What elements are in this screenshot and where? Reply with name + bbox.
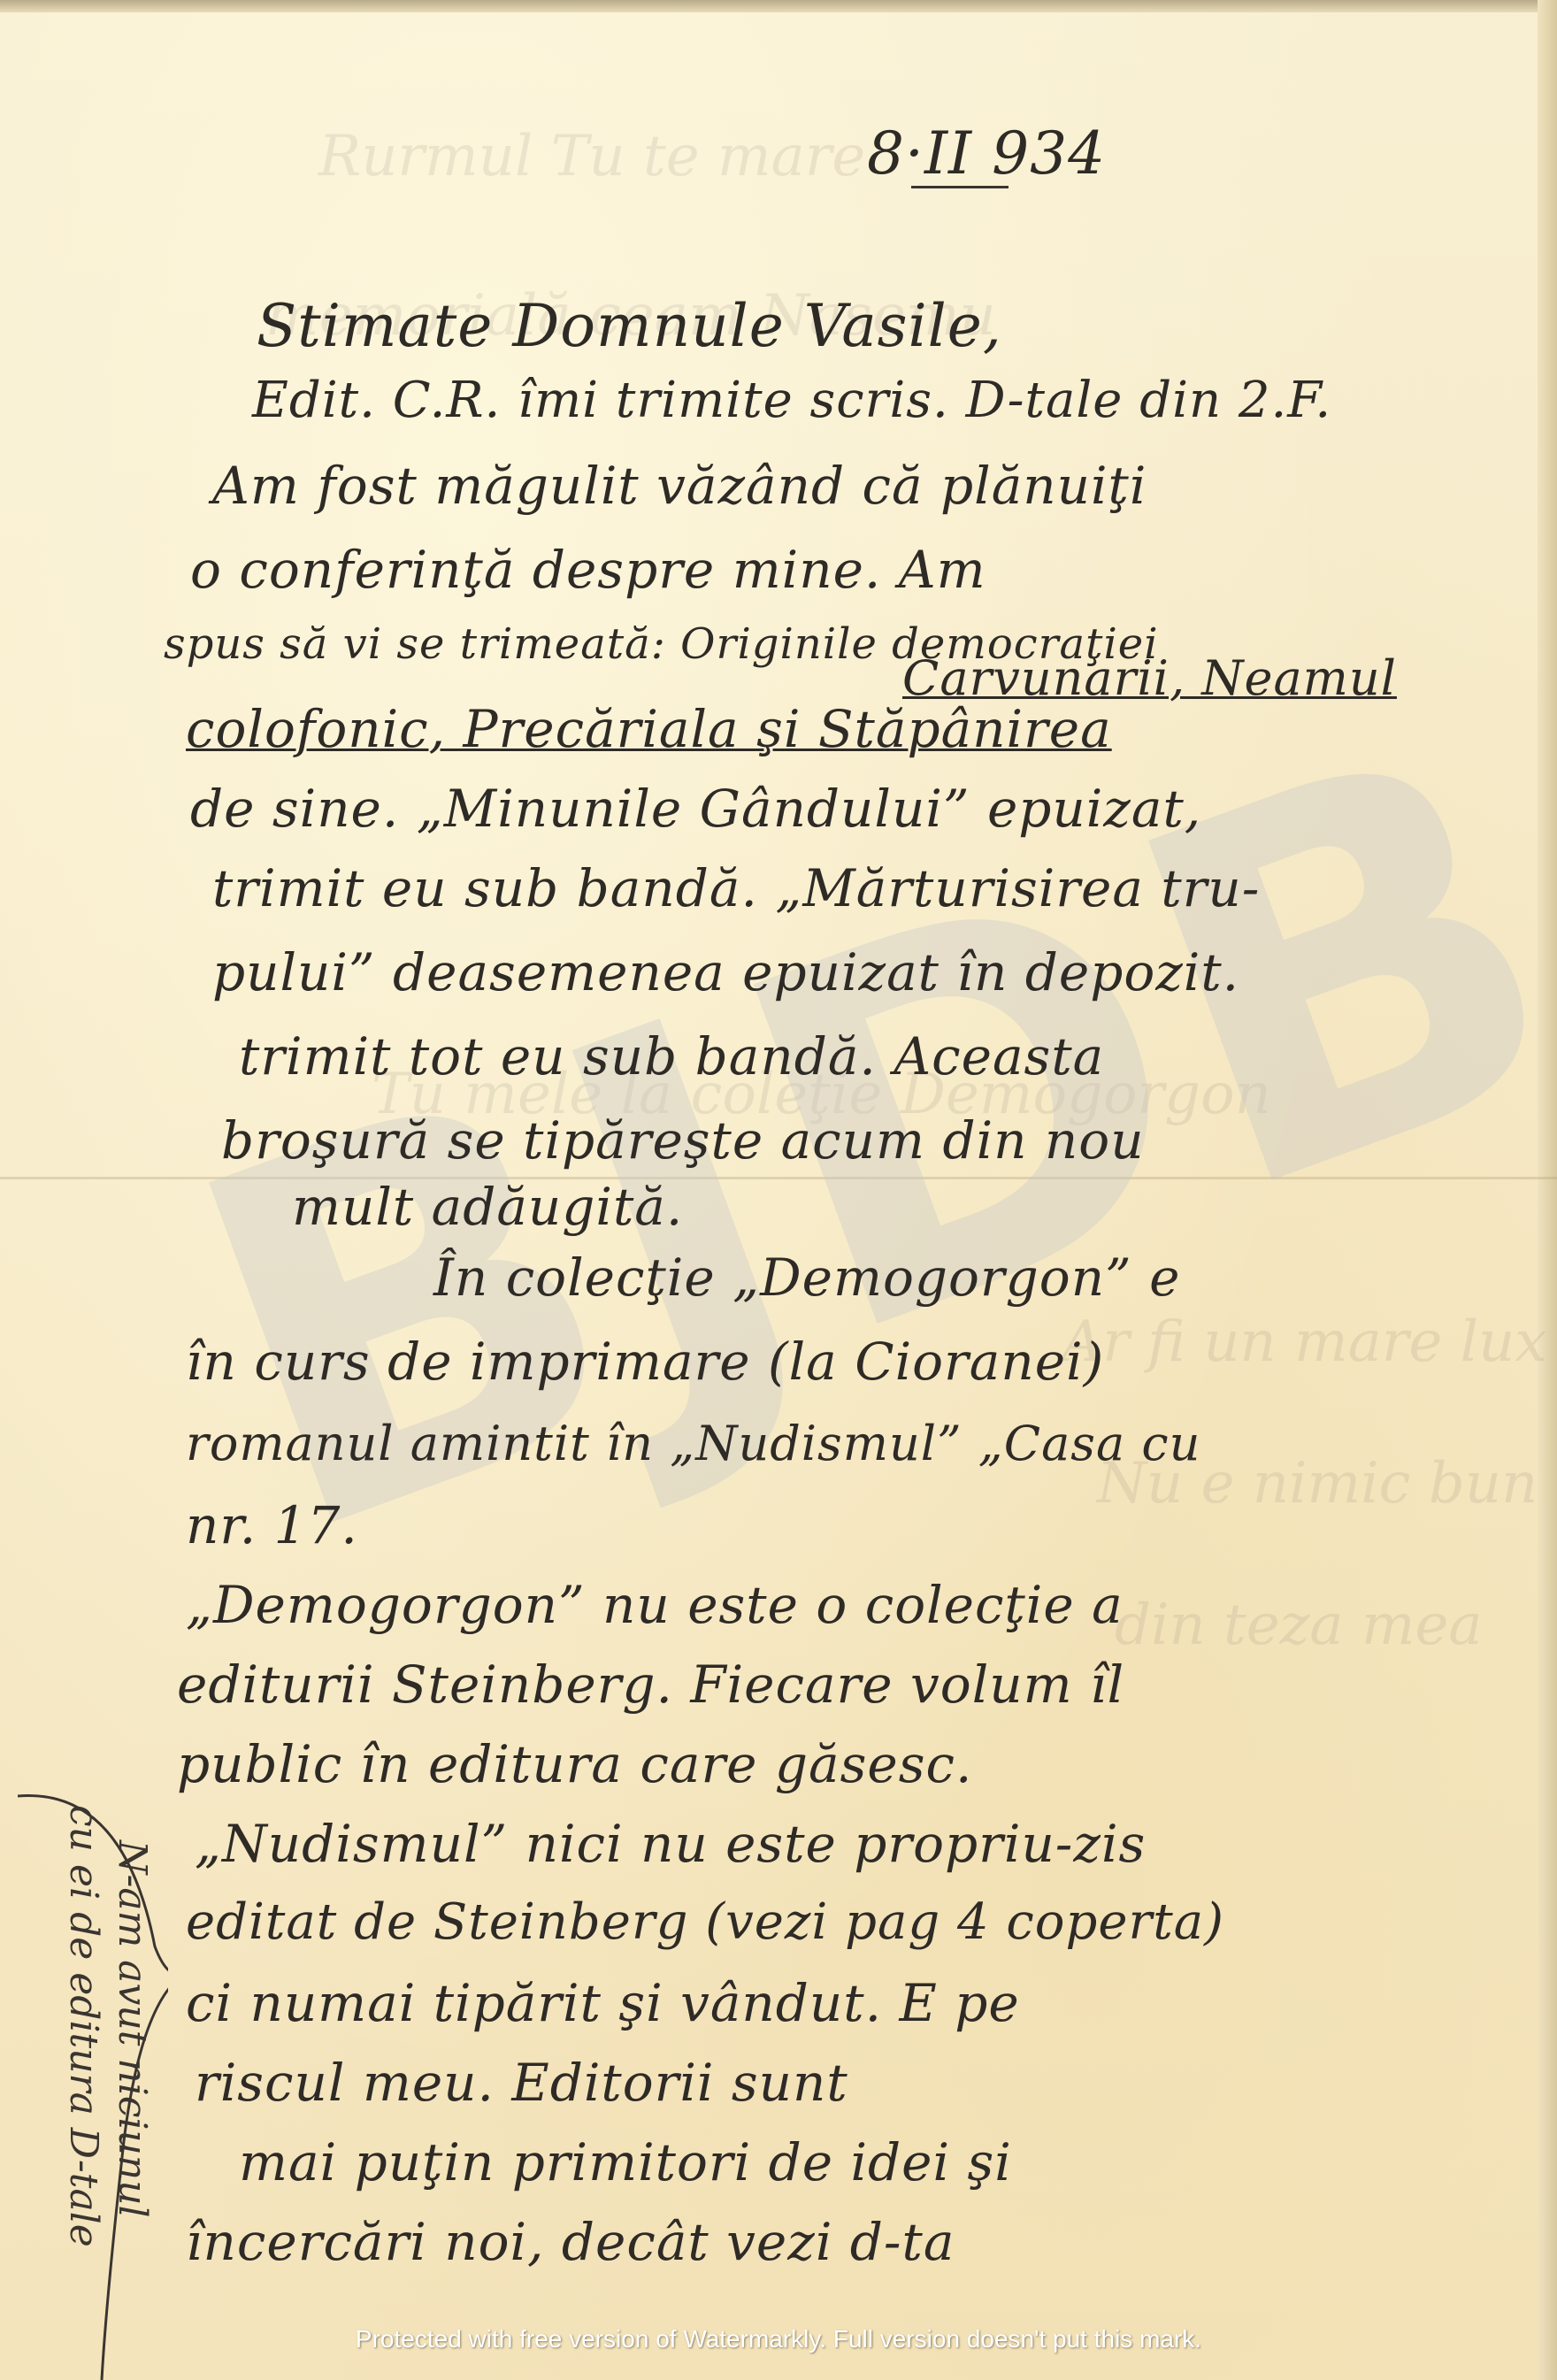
date-underline [911, 186, 1009, 188]
letter-line: Edit. C.R. îmi trimite scris. D-tale din… [252, 372, 1331, 429]
letter-line: mai puţin primitori de idei şi [239, 2132, 1012, 2192]
letter-page: Rurmul Tu te mare memorială ceam Nasemu … [0, 0, 1557, 2380]
margin-note-line: N-am avut niciunul [110, 1840, 155, 2218]
salutation: Stimate Domnule Vasile, [257, 292, 1002, 360]
letter-line: editurii Steinberg. Fiecare volum îl [177, 1654, 1124, 1715]
letter-line: „Demogorgon” nu este o colecţie a [186, 1575, 1124, 1635]
paper-top-edge [0, 0, 1557, 12]
watermark-footer-notice: Protected with free version of Watermark… [0, 2325, 1557, 2353]
letter-line: În colecţie „Demogorgon” e [433, 1248, 1180, 1308]
margin-note-line: cu ei de editura D-tale [61, 1805, 106, 2247]
letter-line: de sine. „Minunile Gândului” epuizat, [190, 779, 1201, 839]
bleed-through-text: din teza mea [1115, 1593, 1483, 1658]
letter-line: trimit tot eu sub bandă. Aceasta [239, 1026, 1104, 1086]
letter-line: riscul meu. Editorii sunt [195, 2053, 848, 2113]
letter-line: pului” deasemenea epuizat în depozit. [212, 942, 1239, 1002]
bleed-through-text: Rurmul Tu te mare [318, 124, 865, 189]
letter-line: în curs de imprimare (la Cioranei) [186, 1332, 1104, 1392]
margin-note: N-am avut niciunul cu ei de editura D-ta… [18, 1770, 168, 2380]
letter-line: Am fost măgulit văzând că plănuiţi [212, 456, 1147, 516]
letter-line: romanul amintit în „Nudismul” „Casa cu [186, 1416, 1200, 1471]
letter-line: editat de Steinberg (vezi pag 4 coperta) [186, 1893, 1224, 1951]
letter-line: Carvunarii, Neamul [902, 650, 1397, 706]
letter-line: o conferinţă despre mine. Am [190, 540, 986, 600]
letter-line: trimit eu sub bandă. „Mărturisirea tru- [212, 858, 1260, 918]
letter-line: colofonic, Precăriala şi Stăpânirea [186, 699, 1112, 759]
letter-line: mult adăugită. [292, 1177, 683, 1237]
letter-line: „Nudismul” nici nu este propriu-zis [195, 1814, 1146, 1874]
letter-line: încercări noi, decât vezi d-ta [186, 2212, 955, 2272]
letter-line: nr. 17. [186, 1495, 358, 1555]
letter-line: broşură se tipăreşte acum din nou [221, 1110, 1145, 1171]
letter-date: 8·II 934 [867, 119, 1106, 188]
letter-line: public în editura care găsesc. [177, 1734, 972, 1794]
letter-line: ci numai tipărit şi vândut. E pe [186, 1973, 1020, 2033]
